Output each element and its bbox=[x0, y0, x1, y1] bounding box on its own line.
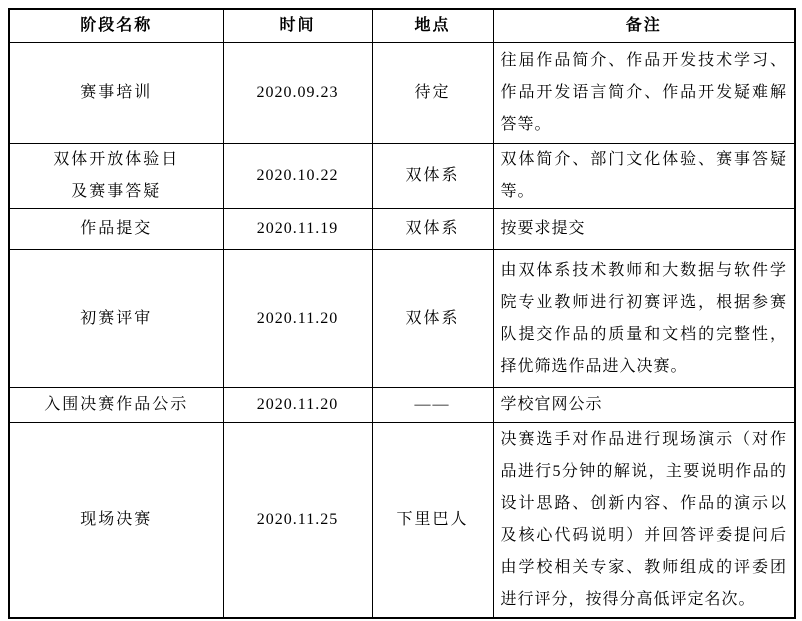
cell-stage: 作品提交 bbox=[9, 209, 223, 250]
table-row: 双体开放体验日 及赛事答疑 2020.10.22 双体系 双体简介、部门文化体验… bbox=[9, 144, 795, 209]
header-cell-time: 时间 bbox=[223, 9, 372, 43]
header-cell-location: 地点 bbox=[372, 9, 493, 43]
competition-schedule-table: 阶段名称 时间 地点 备注 赛事培训 2020.09.23 待定 往届作品简介、… bbox=[8, 8, 796, 619]
cell-stage: 赛事培训 bbox=[9, 43, 223, 144]
cell-location: 双体系 bbox=[372, 209, 493, 250]
cell-notes: 由双体系技术教师和大数据与软件学院专业教师进行初赛评选，根据参赛队提交作品的质量… bbox=[493, 250, 795, 388]
table-row: 赛事培训 2020.09.23 待定 往届作品简介、作品开发技术学习、作品开发语… bbox=[9, 43, 795, 144]
cell-time: 2020.11.19 bbox=[223, 209, 372, 250]
cell-notes: 往届作品简介、作品开发技术学习、作品开发语言简介、作品开发疑难解答等。 bbox=[493, 43, 795, 144]
cell-time: 2020.11.25 bbox=[223, 423, 372, 618]
cell-location: 下里巴人 bbox=[372, 423, 493, 618]
header-cell-notes: 备注 bbox=[493, 9, 795, 43]
cell-stage: 现场决赛 bbox=[9, 423, 223, 618]
cell-stage: 初赛评审 bbox=[9, 250, 223, 388]
cell-notes: 双体简介、部门文化体验、赛事答疑等。 bbox=[493, 144, 795, 209]
cell-stage: 双体开放体验日 及赛事答疑 bbox=[9, 144, 223, 209]
cell-time: 2020.10.22 bbox=[223, 144, 372, 209]
cell-stage: 入围决赛作品公示 bbox=[9, 388, 223, 423]
cell-time: 2020.09.23 bbox=[223, 43, 372, 144]
table-row: 初赛评审 2020.11.20 双体系 由双体系技术教师和大数据与软件学院专业教… bbox=[9, 250, 795, 388]
header-cell-stage: 阶段名称 bbox=[9, 9, 223, 43]
table-row: 入围决赛作品公示 2020.11.20 —— 学校官网公示 bbox=[9, 388, 795, 423]
cell-time: 2020.11.20 bbox=[223, 250, 372, 388]
cell-location: 双体系 bbox=[372, 250, 493, 388]
cell-location: 待定 bbox=[372, 43, 493, 144]
cell-notes: 学校官网公示 bbox=[493, 388, 795, 423]
table-row: 现场决赛 2020.11.25 下里巴人 决赛选手对作品进行现场演示（对作品进行… bbox=[9, 423, 795, 618]
cell-time: 2020.11.20 bbox=[223, 388, 372, 423]
cell-notes: 决赛选手对作品进行现场演示（对作品进行5分钟的解说，主要说明作品的设计思路、创新… bbox=[493, 423, 795, 618]
table-header-row: 阶段名称 时间 地点 备注 bbox=[9, 9, 795, 43]
table-row: 作品提交 2020.11.19 双体系 按要求提交 bbox=[9, 209, 795, 250]
document-page: 阶段名称 时间 地点 备注 赛事培训 2020.09.23 待定 往届作品简介、… bbox=[0, 0, 802, 621]
cell-location: —— bbox=[372, 388, 493, 423]
cell-location: 双体系 bbox=[372, 144, 493, 209]
cell-notes: 按要求提交 bbox=[493, 209, 795, 250]
